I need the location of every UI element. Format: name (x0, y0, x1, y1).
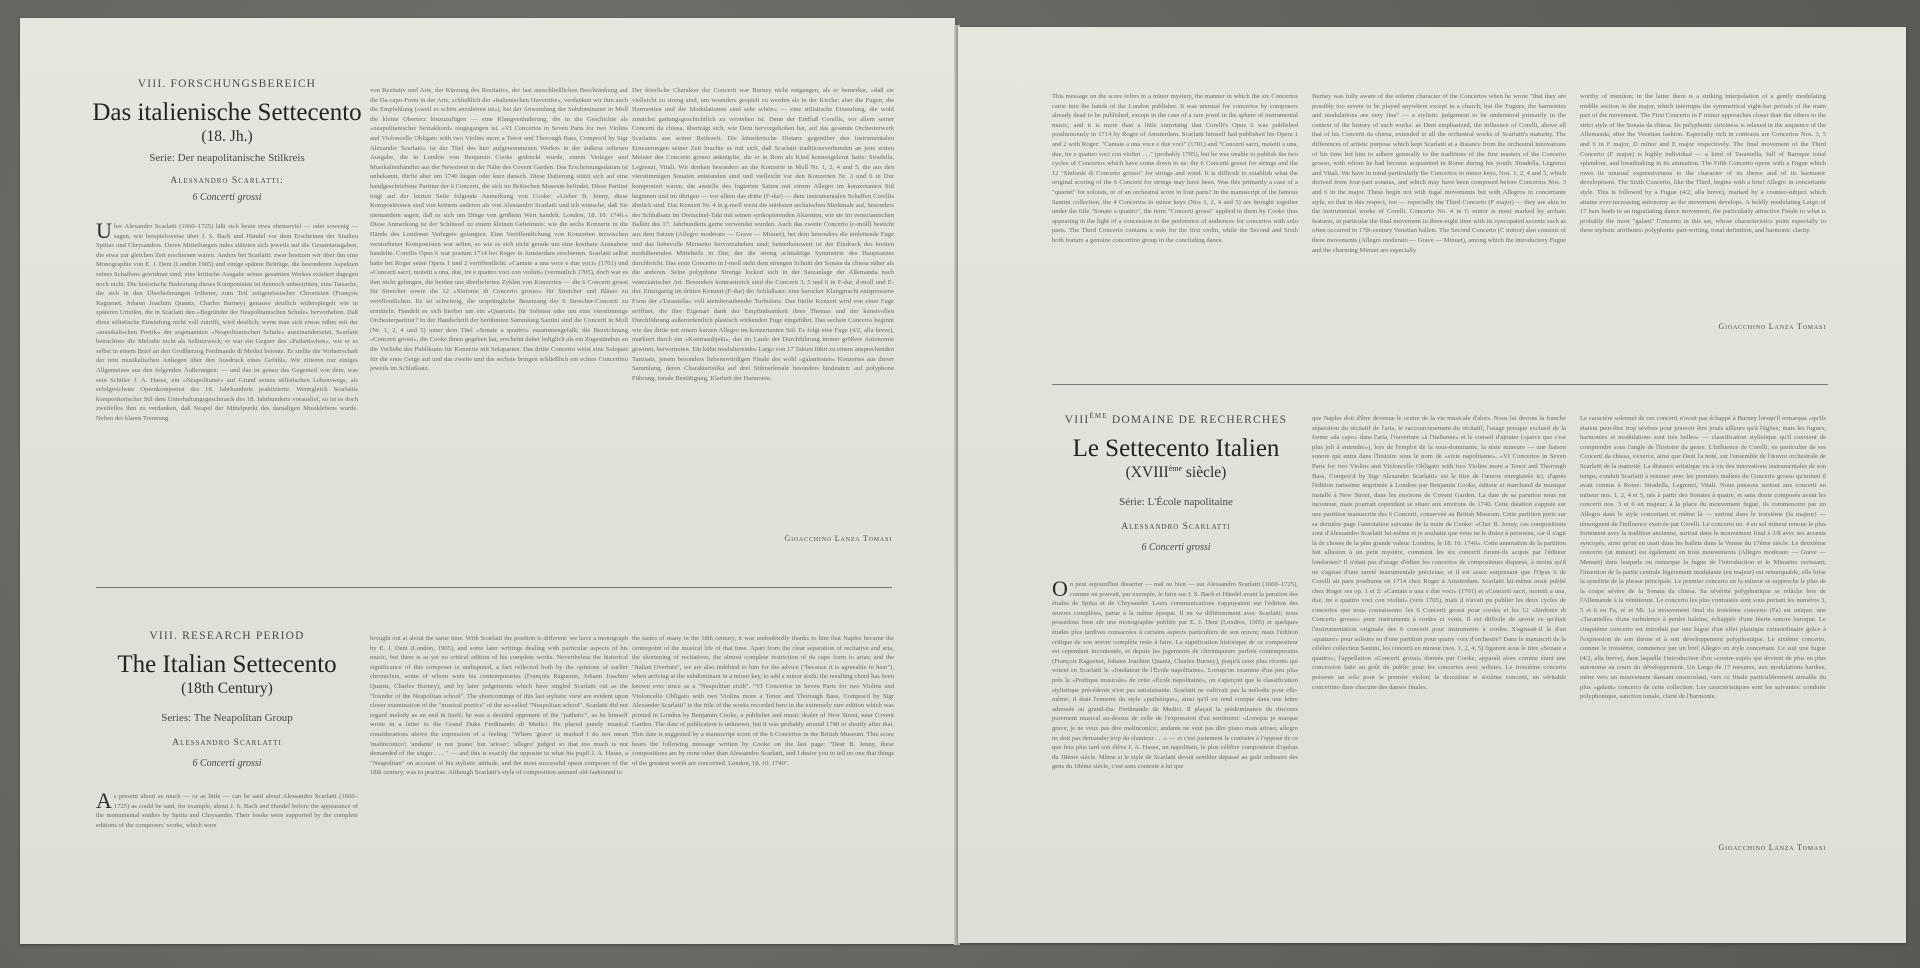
german-column-2: von Rezitativ und Arie, der Kürzung des … (370, 86, 628, 561)
french-composer: Alessandro Scarlatti (1048, 522, 1304, 532)
german-text-1: Über Alexandro Scarlatti (1660–1725) läß… (96, 222, 358, 423)
english-cont-column-3: worthy of mention; in the latter there i… (1580, 92, 1826, 314)
french-text-2: que Naples doit d'être devenue le centre… (1312, 414, 1566, 692)
german-title: Das italienische Settecento (92, 100, 362, 126)
french-signature: Gioacchino Lanza Tomasi (1640, 843, 1826, 852)
section-divider-right (1052, 384, 1828, 385)
german-column-1: Über Alexandro Scarlatti (1660–1725) läß… (96, 222, 358, 562)
german-kicker: VIII. Forschungsbereich (92, 78, 362, 90)
english-text-3: the tastes of many in the 18th century, … (632, 634, 894, 768)
french-text-3: Le caractère solennel de ces concerti n'… (1580, 414, 1826, 702)
english-work: 6 Concerti grossi (92, 758, 362, 769)
english-header: VIII. Research Period The Italian Settec… (92, 630, 362, 769)
german-text-3: Der feierliche Charakter der Concerti wa… (632, 86, 894, 383)
french-kicker: VIIIème Domaine de Recherches (1048, 412, 1304, 426)
english-column-3: the tastes of many in the 18th century, … (632, 634, 894, 846)
french-subtitle: (XVIIIème siècle) (1048, 464, 1304, 482)
german-series: Serie: Der neapolitanische Stilkreis (92, 152, 362, 164)
german-signature: Gioacchino Lanza Tomasi (700, 534, 892, 543)
english-cont-column-1: This message on the score refers to a mi… (1052, 92, 1298, 352)
english-column-2: brought out at about the same time. With… (370, 634, 628, 874)
french-text-1: On peut aujourd'hui disserter — mal ou b… (1052, 580, 1298, 772)
english-title: The Italian Settecento (92, 652, 362, 678)
english-series: Series: The Neapolitan Group (92, 712, 362, 724)
english-signature: Gioacchino Lanza Tomasi (1640, 322, 1826, 331)
french-series: Série: L'École napolitaine (1048, 496, 1304, 508)
english-cont-column-2: Burney was fully aware of the solemn cha… (1312, 92, 1566, 352)
german-subtitle: (18. Jh.) (92, 128, 362, 146)
section-divider-left (96, 587, 892, 588)
german-work: 6 Concerti grossi (92, 192, 362, 203)
english-column-1: As present about as much — or as little … (96, 792, 358, 852)
french-work: 6 Concerti grossi (1048, 542, 1304, 553)
french-header: VIIIème Domaine de Recherches Le Settece… (1048, 412, 1304, 553)
english-subtitle: (18th Century) (92, 680, 362, 698)
french-column-1: On peut aujourd'hui disserter — mal ou b… (1052, 580, 1298, 940)
english-kicker: VIII. Research Period (92, 630, 362, 642)
german-column-3: Der feierliche Charakter der Concerti wa… (632, 86, 894, 526)
german-composer: Alessandro Scarlatti: (92, 176, 362, 186)
french-column-2: que Naples doit d'être devenue le centre… (1312, 414, 1566, 934)
english-composer: Alessandro Scarlatti (92, 738, 362, 748)
english-cont-text-1: This message on the score refers to a mi… (1052, 92, 1298, 246)
german-text-2: von Rezitativ und Arie, der Kürzung des … (370, 86, 628, 374)
french-title: Le Settecento Italien (1048, 436, 1304, 462)
english-text-2: brought out at about the same time. With… (370, 634, 628, 778)
english-cont-text-2: Burney was fully aware of the solemn cha… (1312, 92, 1566, 255)
french-column-3: Le caractère solennel de ces concerti n'… (1580, 414, 1826, 844)
english-cont-text-3: worthy of mention; in the latter there i… (1580, 92, 1826, 236)
english-text-1: As present about as much — or as little … (96, 792, 358, 830)
german-header: VIII. Forschungsbereich Das italienische… (92, 78, 362, 203)
